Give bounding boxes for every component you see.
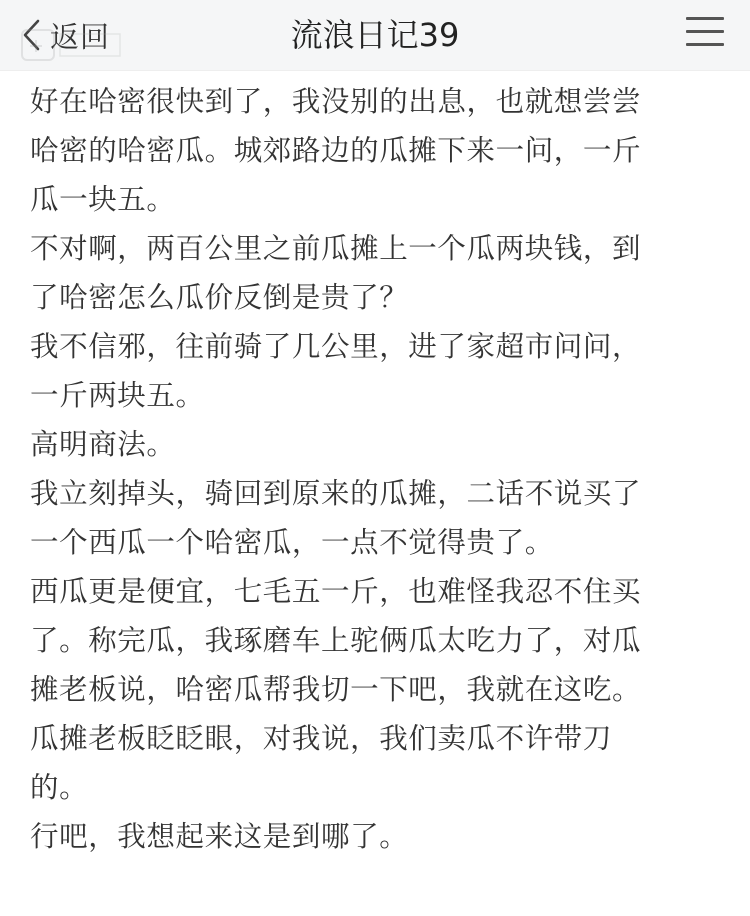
back-button[interactable]: 返回 [18, 12, 110, 58]
article-body: 好在哈密很快到了，我没别的出息，也就想尝尝 哈密的哈密瓜。城郊路边的瓜摊下来一问… [30, 77, 730, 861]
menu-button[interactable] [686, 14, 726, 50]
article-line: 哈密的哈密瓜。城郊路边的瓜摊下来一问，一斤 [30, 126, 730, 175]
hamburger-menu-icon [686, 17, 724, 20]
article-line: 不对啊，两百公里之前瓜摊上一个瓜两块钱，到 [30, 224, 730, 273]
article-line: 西瓜更是便宜，七毛五一斤，也难怪我忍不住买 [30, 567, 730, 616]
nav-header: 返回 流浪日记39 [0, 0, 750, 71]
article-line: 好在哈密很快到了，我没别的出息，也就想尝尝 [30, 77, 730, 126]
hamburger-menu-icon-bar [686, 30, 724, 33]
article-line: 一斤两块五。 [30, 371, 730, 420]
article-line: 的。 [30, 763, 730, 812]
article-line: 了哈密怎么瓜价反倒是贵了？ [30, 273, 730, 322]
article-line: 瓜摊老板眨眨眼，对我说，我们卖瓜不许带刀 [30, 714, 730, 763]
article-line: 我不信邪，往前骑了几公里，进了家超市问问， [30, 322, 730, 371]
article-line: 瓜一块五。 [30, 175, 730, 224]
article-line: 行吧，我想起来这是到哪了。 [30, 812, 730, 861]
article-line: 摊老板说，哈密瓜帮我切一下吧，我就在这吃。 [30, 665, 730, 714]
article-line: 高明商法。 [30, 420, 730, 469]
page-title: 流浪日记39 [0, 12, 750, 58]
article-line: 了。称完瓜，我琢磨车上驼俩瓜太吃力了，对瓜 [30, 616, 730, 665]
article-line: 我立刻掉头，骑回到原来的瓜摊，二话不说买了 [30, 469, 730, 518]
hamburger-menu-icon-bar [686, 43, 724, 46]
back-label: 返回 [50, 15, 110, 56]
chevron-left-icon [18, 15, 46, 55]
article-line: 一个西瓜一个哈密瓜，一点不觉得贵了。 [30, 518, 730, 567]
